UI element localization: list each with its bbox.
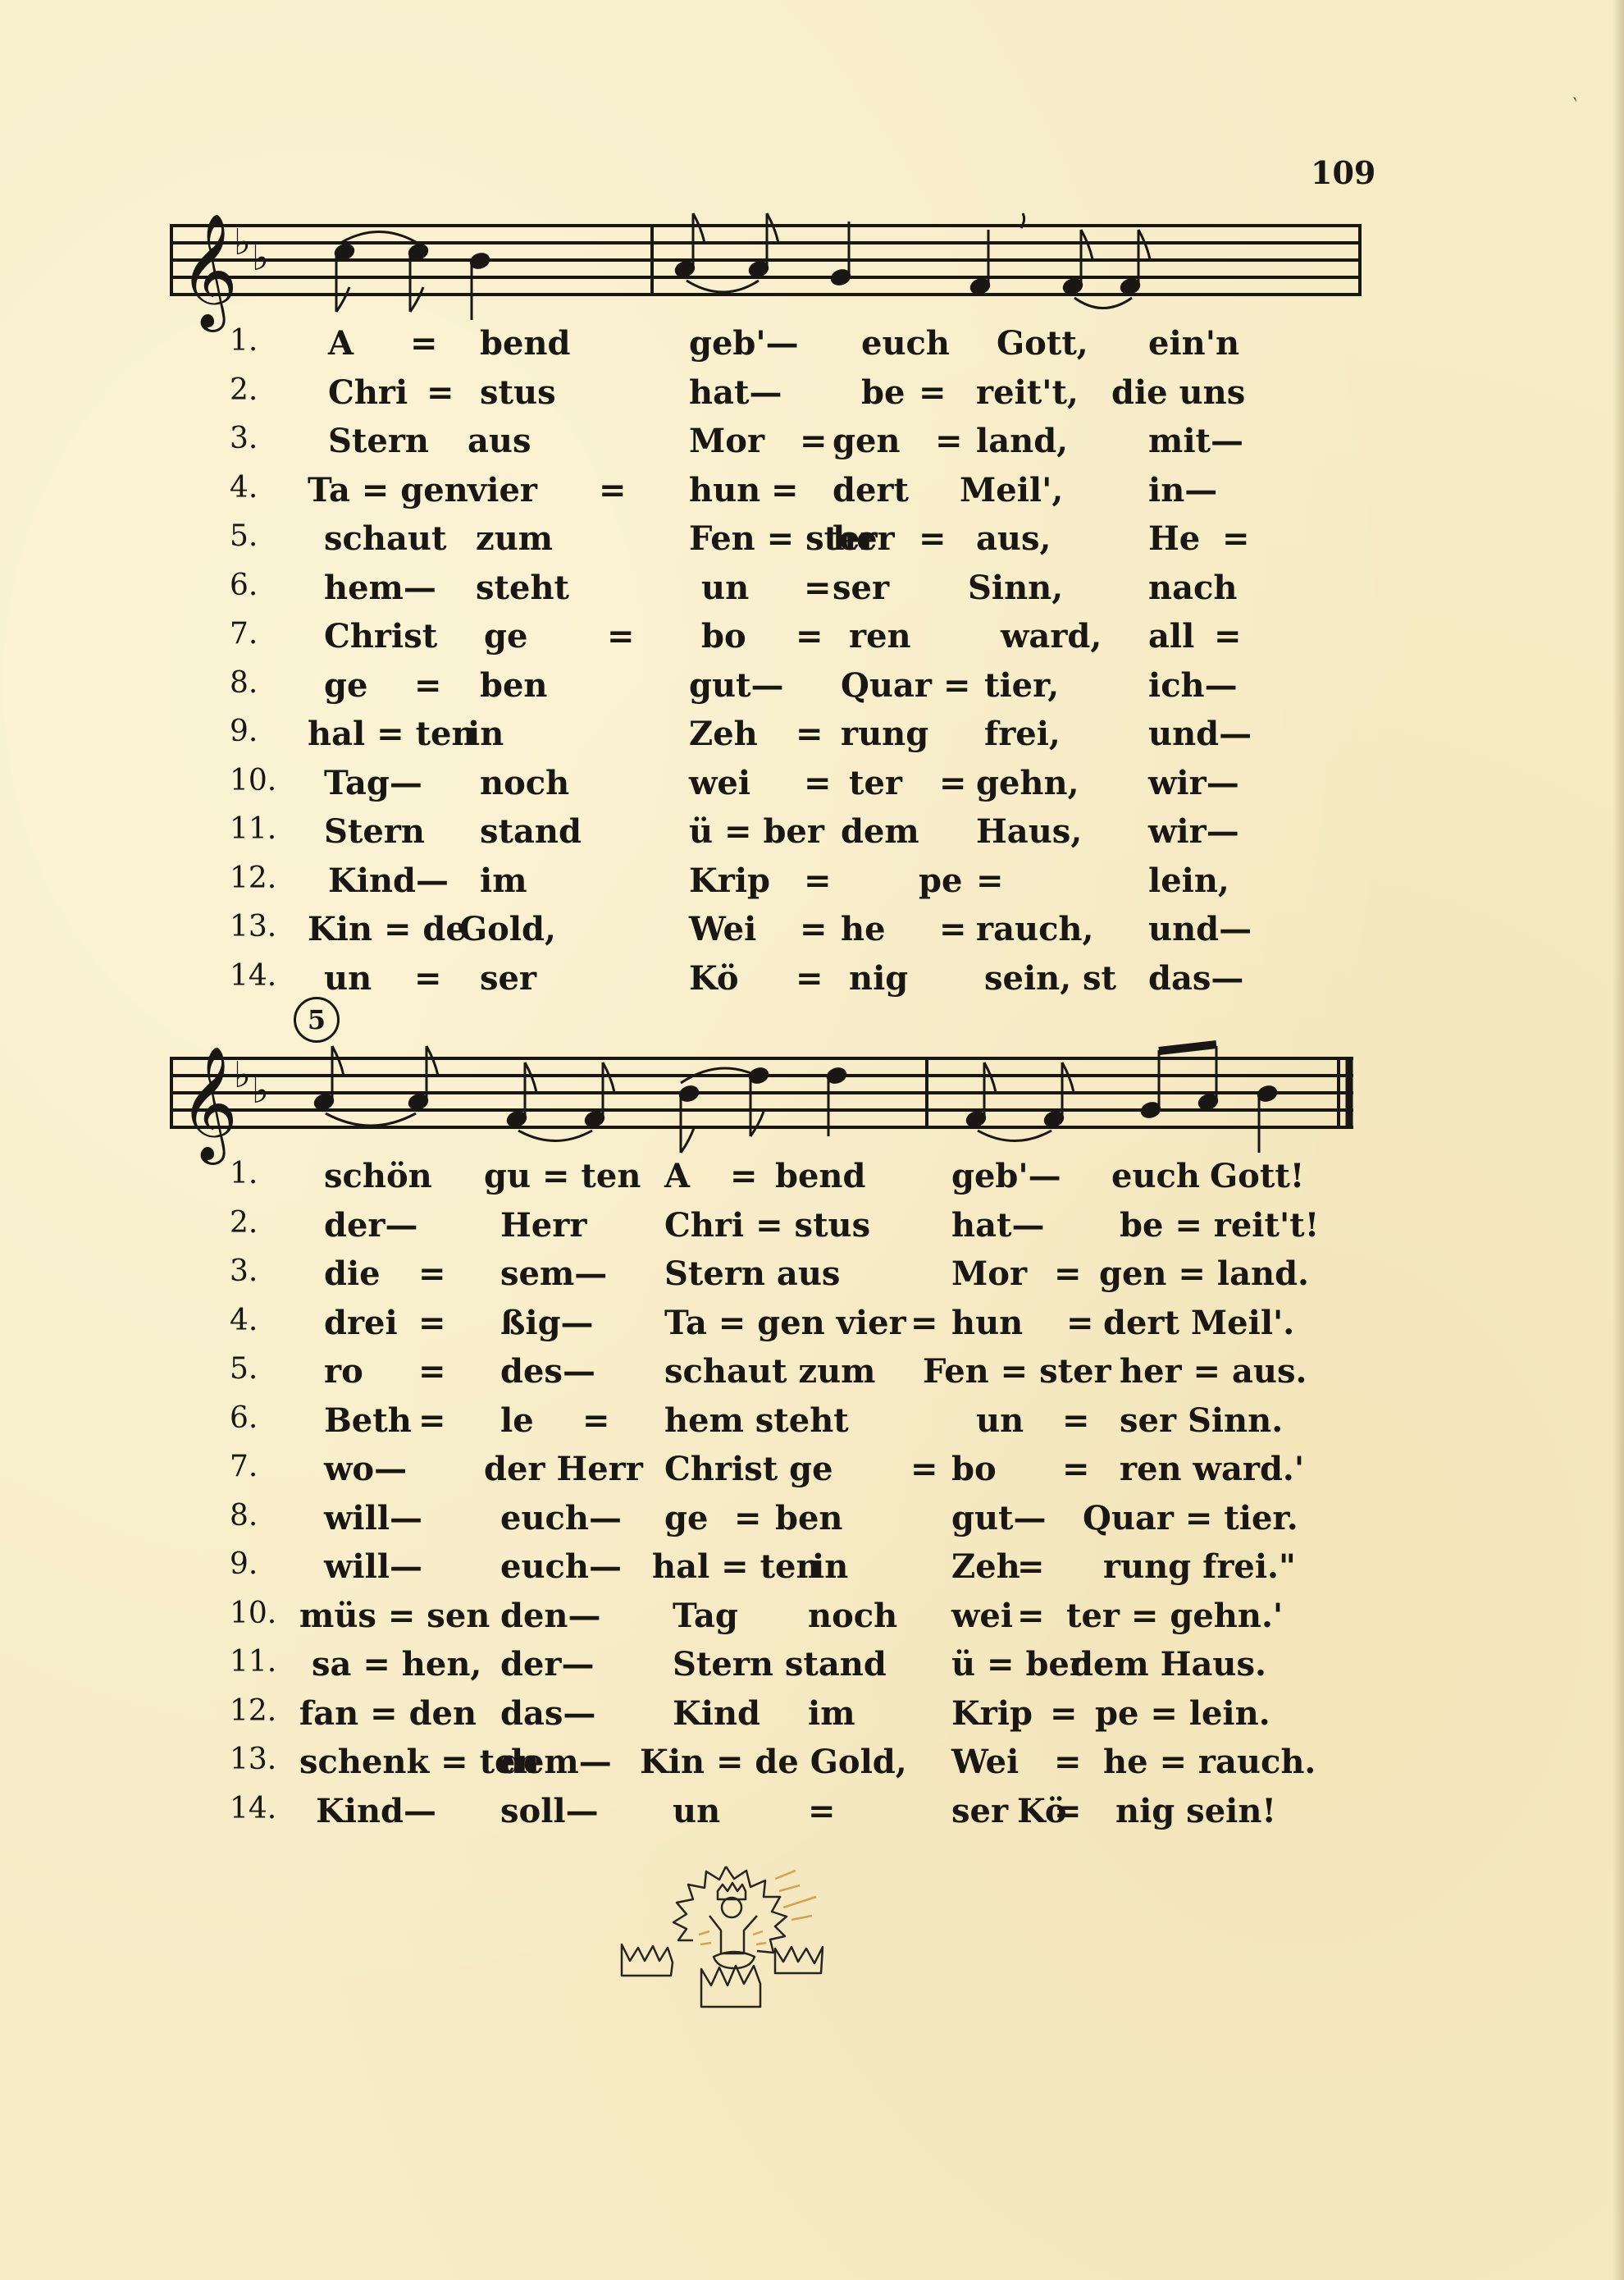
syllable: Quar: [841, 666, 932, 705]
verse-number: 4.: [230, 1304, 295, 1337]
verse-line: 12.Kind—imKrip=pe=lein,: [230, 861, 1362, 911]
verse-number: 3.: [230, 422, 295, 455]
syllable: Herr: [500, 1206, 586, 1245]
verse-line: 13.Kin = deGold,Wei=he=rauch,und—: [230, 910, 1362, 959]
syllable: =: [771, 471, 799, 509]
syllable: =: [1054, 1743, 1082, 1781]
syllable: tier,: [984, 666, 1059, 705]
syllable: vier: [468, 471, 537, 509]
verse-number: 7.: [230, 617, 295, 651]
syllable: gen = land.: [1099, 1254, 1309, 1293]
verse-number: 7.: [230, 1450, 295, 1483]
verse-number: 5.: [230, 519, 295, 553]
syllable: das—: [1148, 959, 1243, 998]
syllable: he = rauch.: [1103, 1743, 1316, 1781]
syllable: Tag: [673, 1597, 738, 1635]
syllable: un: [701, 569, 749, 607]
syllable: wir—: [1148, 764, 1239, 802]
verse-number: 11.: [230, 812, 295, 846]
syllable: Krip: [951, 1694, 1033, 1733]
verse-line: 7.wo—der HerrChrist ge=bo=ren ward.': [230, 1450, 1362, 1499]
syllable: hat—: [951, 1206, 1044, 1245]
syllable: un: [673, 1792, 720, 1830]
syllable: Fen = ster: [923, 1352, 1111, 1391]
syllable: Sinn,: [968, 569, 1063, 607]
page-number: 109: [1311, 154, 1375, 191]
syllable: zum: [476, 519, 553, 558]
syllable: ter = gehn.': [1066, 1597, 1283, 1635]
syllable: ü = ber: [951, 1645, 1087, 1684]
syllable: nig: [849, 959, 908, 998]
syllable: sa = hen,: [312, 1645, 481, 1684]
verse-number: 12.: [230, 861, 295, 895]
page-edge-shadow: [1613, 0, 1624, 2280]
syllable: Tag—: [324, 764, 422, 802]
syllable: bo: [701, 617, 746, 656]
syllable: dem: [841, 812, 919, 851]
syllable: euch: [1111, 1157, 1200, 1195]
verse-line: 5.schautzumFen = sterher=aus,He=: [230, 519, 1362, 569]
syllable: land,: [976, 422, 1068, 460]
syllable: =: [1017, 1597, 1045, 1635]
verse-number: 11.: [230, 1645, 295, 1679]
syllable: ser: [833, 569, 889, 607]
syllable: ser: [480, 959, 536, 998]
syllable: geb'—: [689, 324, 799, 363]
syllable: =: [1222, 519, 1250, 558]
verse-number: 8.: [230, 666, 295, 700]
syllable: =: [939, 764, 967, 802]
syllable: =: [796, 617, 823, 656]
syllable: wir—: [1148, 812, 1239, 851]
verse-line: 14.Kind—soll—un=serKö=nig sein!: [230, 1792, 1362, 1841]
syllable: den—: [500, 1597, 601, 1635]
syllable: Gott!: [1210, 1157, 1304, 1195]
syllable: =: [1054, 1792, 1082, 1830]
verse-line: 8.ge=bengut—Quar=tier,ich—: [230, 666, 1362, 715]
verse-line: 10.Tag—nochwei=ter=gehn,wir—: [230, 764, 1362, 813]
verse-line: 4.Ta = genvier=hun=dertMeil',in—: [230, 471, 1362, 520]
syllable: dem—: [500, 1743, 612, 1781]
syllable: soll—: [500, 1792, 599, 1830]
verse-line: 4.drei=ßig—Ta = gen vier=hun=dert Meil'.: [230, 1304, 1362, 1353]
syllable: Ta = gen: [308, 471, 468, 509]
syllable: ge: [664, 1499, 708, 1538]
syllable: Mor: [689, 422, 764, 460]
syllable: Haus,: [976, 812, 1082, 851]
syllable: noch: [808, 1597, 897, 1635]
flat-icon: ♭: [252, 1070, 269, 1112]
syllable: un: [976, 1401, 1024, 1440]
syllable: =: [796, 959, 823, 998]
syllable: Kind: [673, 1694, 760, 1733]
syllable: reit't,: [976, 373, 1079, 412]
verse-line: 3.die=sem—Stern ausMor=gen = land.: [230, 1254, 1362, 1304]
syllable: =: [414, 666, 442, 705]
syllable: in—: [1148, 471, 1217, 509]
syllable: =: [582, 1401, 610, 1440]
syllable: =: [1062, 1401, 1090, 1440]
syllable: he: [841, 910, 886, 948]
syllable: Gold,: [459, 910, 556, 948]
verse-line: 12.fan = dendas—KindimKrip=pe = lein.: [230, 1694, 1362, 1743]
verse-number: 8.: [230, 1499, 295, 1533]
verses-system-2: 1.schöngu = tenA=bendgeb'—euchGott! 2.de…: [230, 1157, 1362, 1840]
syllable: =: [919, 519, 947, 558]
syllable: Krip: [689, 861, 770, 900]
treble-clef-icon: 𝄞: [180, 213, 238, 332]
syllable: aus,: [976, 519, 1051, 558]
syllable: hem steht: [664, 1401, 849, 1440]
syllable: sein,: [984, 959, 1071, 998]
syllable: ßig—: [500, 1304, 594, 1342]
syllable: =: [935, 422, 963, 460]
syllable: des—: [500, 1352, 595, 1391]
flat-icon: ♭: [234, 222, 251, 263]
syllable: dert Meil'.: [1103, 1304, 1294, 1342]
syllable: =: [418, 1352, 446, 1391]
verse-line: 1.A=bendgeb'—euchGott,ein'n: [230, 324, 1362, 373]
syllable: steht: [476, 569, 569, 607]
syllable: bo: [951, 1450, 997, 1488]
syllable: her = aus.: [1120, 1352, 1307, 1391]
syllable: Kin = de Gold,: [640, 1743, 907, 1781]
corner-mark: ˏ: [1571, 77, 1585, 103]
verse-number: 5.: [230, 1352, 295, 1386]
flat-icon: ♭: [234, 1054, 251, 1096]
syllable: Kind—: [316, 1792, 436, 1830]
verse-number: 12.: [230, 1694, 295, 1728]
syllable: A: [664, 1157, 690, 1195]
syllable: Stern: [328, 422, 429, 460]
syllable: wei: [951, 1597, 1013, 1635]
verse-number: 2.: [230, 373, 295, 407]
syllable: ren: [849, 617, 911, 656]
syllable: der Herr: [484, 1450, 643, 1488]
syllable: wei: [689, 764, 750, 802]
syllable: =: [796, 715, 823, 753]
syllable: gehn,: [976, 764, 1079, 802]
music-staff-1: 𝄞 ♭ ♭: [168, 189, 1366, 336]
syllable: He: [1148, 519, 1200, 558]
staff-system-2: 𝄞 ♭ ♭: [168, 1021, 1366, 1169]
syllable: ser: [951, 1792, 1008, 1830]
syllable: =: [800, 422, 828, 460]
treble-clef-icon: 𝄞: [180, 1046, 238, 1165]
syllable: hem—: [324, 569, 436, 607]
syllable: =: [808, 1792, 836, 1830]
syllable: gen: [833, 422, 901, 460]
syllable: Chri = stus: [664, 1206, 870, 1245]
verse-line: 6.hem—stehtun=serSinn,nach: [230, 569, 1362, 618]
syllable: Stern aus: [664, 1254, 840, 1293]
syllable: A: [328, 324, 354, 363]
syllable: schaut zum: [664, 1352, 875, 1391]
syllable: euch: [861, 324, 950, 363]
syllable: in: [812, 1547, 848, 1586]
verse-line: 1.schöngu = tenA=bendgeb'—euchGott!: [230, 1157, 1362, 1206]
syllable: be = reit't!: [1120, 1206, 1319, 1245]
syllable: un: [324, 959, 372, 998]
verse-line: 11.Sternstandü = berdemHaus,wir—: [230, 812, 1362, 861]
verse-line: 9.will—euch—hal = teninZeh=rung frei.": [230, 1547, 1362, 1597]
syllable: Beth: [324, 1401, 412, 1440]
syllable: Christ ge: [664, 1450, 833, 1488]
syllable: und—: [1148, 715, 1252, 753]
syllable: geb'—: [951, 1157, 1061, 1195]
syllable: will—: [324, 1547, 422, 1586]
syllable: =: [1066, 1304, 1094, 1342]
verse-number: 1.: [230, 1157, 295, 1190]
verse-number: 2.: [230, 1206, 295, 1240]
syllable: Stern stand: [673, 1645, 887, 1684]
syllable: =: [1062, 1450, 1090, 1488]
syllable: Stern: [324, 812, 425, 851]
verse-line: 3.SternausMor=gen=land,mit—: [230, 422, 1362, 471]
verse-number: 10.: [230, 764, 295, 797]
verse-number: 14.: [230, 959, 295, 993]
syllable: =: [410, 324, 438, 363]
music-staff-2: 𝄞 ♭ ♭: [168, 1021, 1366, 1169]
syllable: ich—: [1148, 666, 1238, 705]
verse-number: 13.: [230, 910, 295, 944]
syllable: bend: [480, 324, 570, 363]
verse-line: 5.ro=des—schaut zumFen = sterher = aus.: [230, 1352, 1362, 1401]
verse-line: 9.hal = teninZeh=rungfrei,und—: [230, 715, 1362, 764]
syllable: ein'n: [1148, 324, 1239, 363]
syllable: stus: [480, 373, 556, 412]
syllable: =: [1054, 1254, 1082, 1293]
syllable: sem—: [500, 1254, 607, 1293]
syllable: gu = ten: [484, 1157, 641, 1195]
verse-line: 6.Beth=le=hem stehtun=ser Sinn.: [230, 1401, 1362, 1451]
syllable: Zeh: [689, 715, 758, 753]
verse-number: 9.: [230, 715, 295, 748]
syllable: ben: [480, 666, 548, 705]
syllable: müs = sen: [299, 1597, 490, 1635]
syllable: will—: [324, 1499, 422, 1538]
syllable: =: [804, 861, 832, 900]
syllable: pe: [919, 861, 962, 900]
verse-number: 9.: [230, 1547, 295, 1581]
syllable: =: [734, 1499, 762, 1538]
syllable: fan = den: [299, 1694, 477, 1733]
syllable: ro: [324, 1352, 363, 1391]
syllable: =: [800, 910, 828, 948]
syllable: =: [418, 1254, 446, 1293]
verse-number: 13.: [230, 1743, 295, 1776]
syllable: die: [324, 1254, 381, 1293]
syllable: Mor: [951, 1254, 1027, 1293]
syllable: schaut: [324, 519, 446, 558]
verse-line: 10.müs = senden—Tagnochwei=ter = gehn.': [230, 1597, 1362, 1646]
syllable: Christ: [324, 617, 437, 656]
syllable: der—: [324, 1206, 418, 1245]
syllable: ward,: [1001, 617, 1102, 656]
syllable: euch—: [500, 1547, 622, 1586]
syllable: Wei: [689, 910, 756, 948]
syllable: =: [943, 666, 971, 705]
verse-line: 2.der—HerrChri = stushat—be = reit't!: [230, 1206, 1362, 1255]
syllable: ü = ber: [689, 812, 824, 851]
syllable: Quar = tier.: [1083, 1499, 1298, 1538]
syllable: noch: [480, 764, 569, 802]
syllable: dert: [833, 471, 909, 509]
syllable: gut—: [689, 666, 784, 705]
syllable: ge: [324, 666, 367, 705]
verse-number: 3.: [230, 1254, 295, 1288]
syllable: mit—: [1148, 422, 1243, 460]
syllable: lein,: [1148, 861, 1229, 900]
syllable: der—: [500, 1645, 595, 1684]
syllable: ren ward.': [1120, 1450, 1304, 1488]
verse-line: 8.will—euch—ge=bengut—Quar = tier.: [230, 1499, 1362, 1548]
syllable: =: [910, 1450, 938, 1488]
verse-line: 7.Christge=bo=renward,all=: [230, 617, 1362, 666]
syllable: drei: [324, 1304, 398, 1342]
syllable: Wei: [951, 1743, 1019, 1781]
syllable: all: [1148, 617, 1194, 656]
syllable: =: [1017, 1547, 1045, 1586]
syllable: hal = ten: [308, 715, 476, 753]
verse-line: 2.Chri=stushat—be=reit't,die uns: [230, 373, 1362, 423]
syllable: =: [919, 373, 947, 412]
syllable: rung frei.": [1103, 1547, 1296, 1586]
syllable: be: [861, 373, 905, 412]
syllable: frei,: [984, 715, 1061, 753]
syllable: euch—: [500, 1499, 622, 1538]
syllable: hun: [951, 1304, 1023, 1342]
syllable: Gott,: [997, 324, 1088, 363]
verse-number: 14.: [230, 1792, 295, 1825]
syllable: =: [1214, 617, 1242, 656]
syllable: wo—: [324, 1450, 407, 1488]
christ-child-crowns-icon: [607, 1846, 869, 2038]
syllable: ben: [775, 1499, 843, 1538]
syllable: ter: [849, 764, 902, 802]
verse-number: 4.: [230, 471, 295, 505]
syllable: Meil',: [960, 471, 1063, 509]
syllable: hun: [689, 471, 760, 509]
verse-number: 6.: [230, 569, 295, 602]
syllable: st: [1083, 959, 1116, 998]
verse-number: 6.: [230, 1401, 295, 1435]
syllable: Ta = gen vier: [664, 1304, 906, 1342]
syllable: =: [599, 471, 627, 509]
syllable: pe = lein.: [1095, 1694, 1270, 1733]
syllable: Zeh: [951, 1547, 1020, 1586]
syllable: nach: [1148, 569, 1237, 607]
syllable: hal = ten: [652, 1547, 820, 1586]
syllable: =: [418, 1304, 446, 1342]
verse-line: 13.schenk = tendem—Kin = de Gold,Wei=he …: [230, 1743, 1362, 1792]
syllable: nig sein!: [1115, 1792, 1276, 1830]
verse-number: 1.: [230, 324, 295, 358]
syllable: das—: [500, 1694, 595, 1733]
syllable: =: [939, 910, 967, 948]
verse-line: 14.un=serKö=nigsein,stdas—: [230, 959, 1362, 1008]
syllable: ser Sinn.: [1120, 1401, 1283, 1440]
syllable: die uns: [1111, 373, 1245, 412]
verse-line: 11.sa = hen,der—Stern standü = berdem Ha…: [230, 1645, 1362, 1694]
syllable: =: [804, 764, 832, 802]
syllable: im: [480, 861, 527, 900]
syllable: im: [808, 1694, 855, 1733]
syllable: =: [910, 1304, 938, 1342]
syllable: Kin = de: [308, 910, 467, 948]
syllable: in: [468, 715, 504, 753]
syllable: =: [804, 569, 832, 607]
syllable: le: [500, 1401, 534, 1440]
staff-system-1: 𝄞 ♭ ♭: [168, 189, 1366, 336]
syllable: =: [1050, 1694, 1078, 1733]
syllable: Kind—: [328, 861, 449, 900]
syllable: dem Haus.: [1070, 1645, 1266, 1684]
syllable: =: [976, 861, 1004, 900]
syllable: rung: [841, 715, 928, 753]
syllable: her: [833, 519, 895, 558]
syllable: =: [427, 373, 454, 412]
syllable: stand: [480, 812, 582, 851]
syllable: =: [730, 1157, 758, 1195]
syllable: ge: [484, 617, 527, 656]
syllable: =: [607, 617, 635, 656]
syllable: schön: [324, 1157, 432, 1195]
syllable: und—: [1148, 910, 1252, 948]
syllable: bend: [775, 1157, 865, 1195]
flat-icon: ♭: [252, 237, 269, 279]
syllable: =: [418, 1401, 446, 1440]
syllable: =: [414, 959, 442, 998]
verse-number: 10.: [230, 1597, 295, 1630]
syllable: aus: [468, 422, 531, 460]
syllable: hat—: [689, 373, 782, 412]
syllable: Chri: [328, 373, 408, 412]
verses-system-1: 1.A=bendgeb'—euchGott,ein'n 2.Chri=stush…: [230, 324, 1362, 1007]
syllable: rauch,: [976, 910, 1093, 948]
syllable: gut—: [951, 1499, 1047, 1538]
syllable: Kö: [689, 959, 739, 998]
